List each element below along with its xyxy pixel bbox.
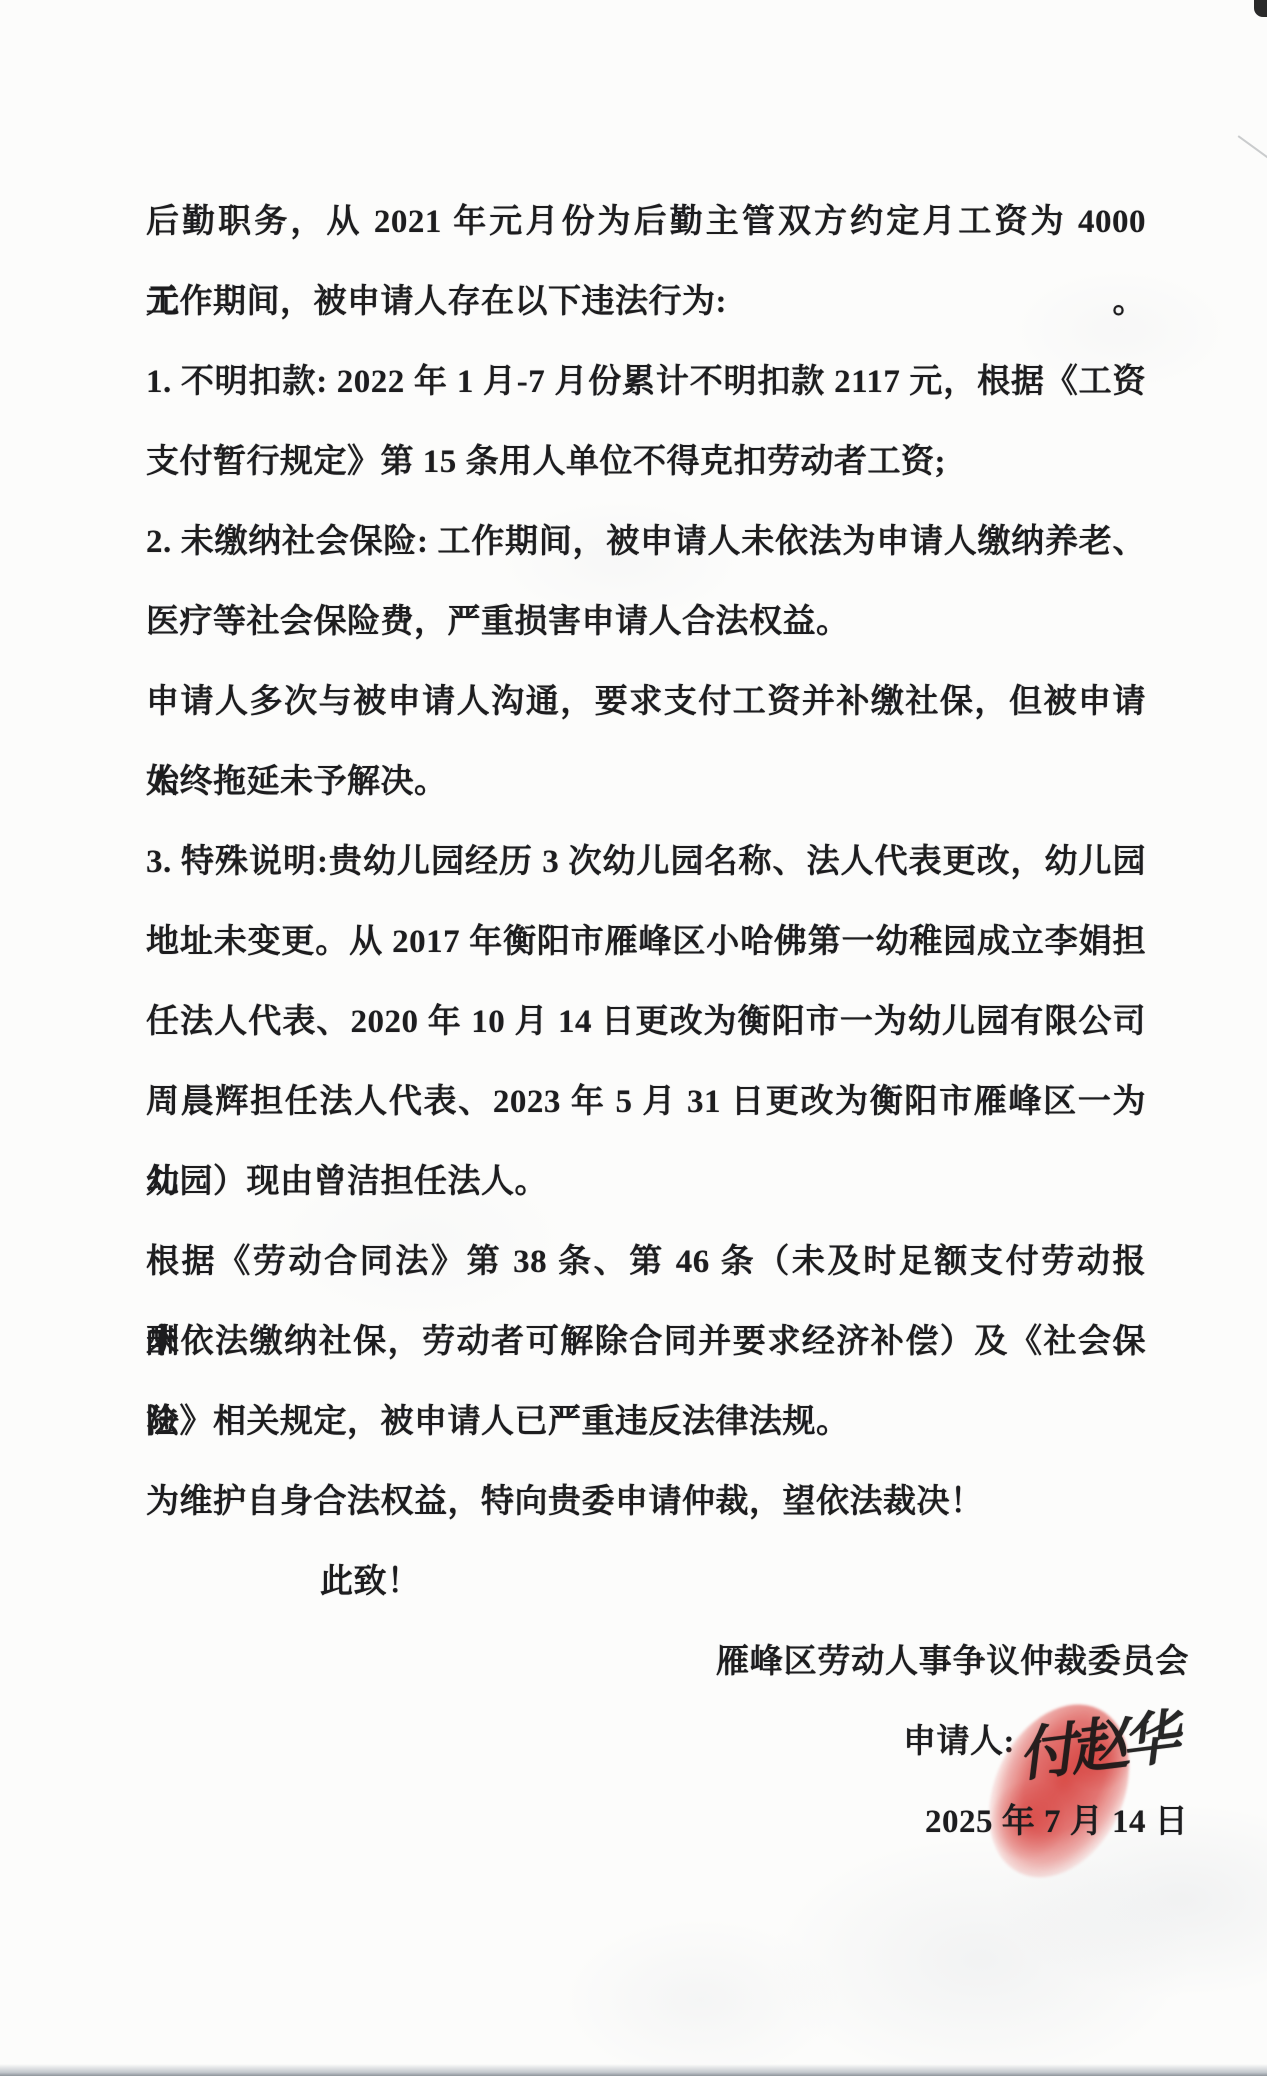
body-line: 2. 未缴纳社会保险: 工作期间，被申请人未依法为申请人缴纳养老、 <box>146 502 1146 582</box>
body-line: 儿园）现由曾洁担任法人。 <box>146 1142 1146 1222</box>
scan-bottom-edge <box>0 2064 1267 2076</box>
body-line: 为维护自身合法权益，特向贵委申请仲裁，望依法裁决！ <box>146 1462 1146 1542</box>
date-line: 2025 年 7 月 14 日 <box>925 1782 1188 1862</box>
body-line: 地址未变更。从 2017 年衡阳市雁峰区小哈佛第一幼稚园成立李娟担 <box>146 902 1146 982</box>
body-line: 1. 不明扣款: 2022 年 1 月-7 月份累计不明扣款 2117 元，根据… <box>146 342 1146 422</box>
body-line: 医疗等社会保险费，严重损害申请人合法权益。 <box>146 582 1146 662</box>
scan-corner-artifact <box>1254 0 1267 17</box>
body-line: 任法人代表、2020 年 10 月 14 日更改为衡阳市一为幼儿园有限公司 <box>146 982 1146 1062</box>
body-line: 申请人多次与被申请人沟通，要求支付工资并补缴社保，但被申请人 <box>146 662 1146 742</box>
body-line: 法》相关规定，被申请人已严重违反法律法规。 <box>146 1382 1146 1462</box>
body-line: 3. 特殊说明:贵幼儿园经历 3 次幼儿园名称、法人代表更改，幼儿园 <box>146 822 1146 902</box>
body-line: 周晨辉担任法人代表、2023 年 5 月 31 日更改为衡阳市雁峰区一为幼 <box>146 1062 1146 1142</box>
closing-line: 此致！ <box>320 1542 421 1622</box>
body-line: 根据《劳动合同法》第 38 条、第 46 条（未及时足额支付劳动报酬、 <box>146 1222 1146 1302</box>
body-line: 支付暂行规定》第 15 条用人单位不得克扣劳动者工资; <box>146 422 1146 502</box>
body-line: 后勤职务，从 2021 年元月份为后勤主管双方约定月工资为 4000 元。 <box>146 182 1146 262</box>
body-line: 始终拖延未予解决。 <box>146 742 1146 822</box>
body-line: 未依法缴纳社保，劳动者可解除合同并要求经济补偿）及《社会保险 <box>146 1302 1146 1382</box>
scan-scratch-artifact <box>1238 135 1267 162</box>
committee-line: 雁峰区劳动人事争议仲裁委员会 <box>716 1622 1189 1702</box>
document-body: 后勤职务，从 2021 年元月份为后勤主管双方约定月工资为 4000 元。 工作… <box>146 182 1146 1542</box>
